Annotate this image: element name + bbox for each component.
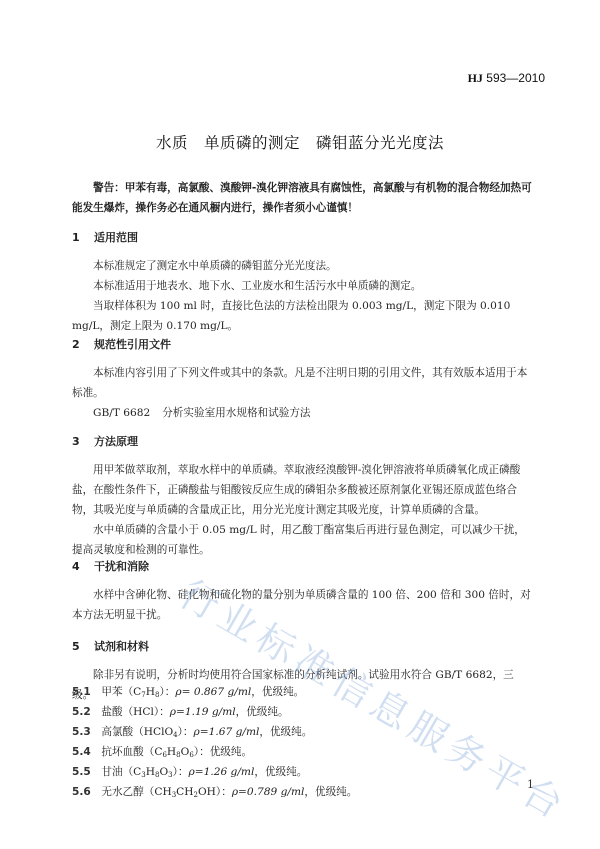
section-title: 方法原理 (94, 435, 138, 448)
reagent-grade: 优级纯。 (270, 726, 312, 738)
reference-name: 分析实验室用水规格和试验方法 (162, 407, 310, 419)
paragraph: 本标准内容引用了下列文件或其中的条款。凡是不注明日期的引用文件，其有效版本适用于… (72, 363, 532, 403)
reagent-item: 5.1 甲苯（C7H8）：ρ= 0.867 g/ml，优级纯。 (72, 682, 357, 702)
title-part-1: 水质 (156, 134, 188, 152)
section-2-heading: 2规范性引用文件 (72, 336, 171, 352)
reagent-density: ρ=1.26 g/ml (189, 766, 255, 778)
section-2-body: 本标准内容引用了下列文件或其中的条款。凡是不注明日期的引用文件，其有效版本适用于… (72, 363, 532, 423)
section-number: 4 (72, 560, 94, 573)
item-number: 5.1 (72, 682, 98, 702)
standard-prefix: HJ (468, 71, 483, 85)
paragraph: 当取样体积为 100 ml 时，直接比色法的方法检出限为 0.003 mg/L，… (72, 296, 532, 336)
section-title: 适用范围 (94, 231, 138, 244)
item-number: 5.3 (72, 722, 98, 742)
reagent-grade: 优级纯。 (315, 786, 357, 798)
reagent-grade: 优级纯。 (210, 746, 252, 758)
section-3-body: 用甲苯做萃取剂，萃取水样中的单质磷。萃取液经溴酸钾-溴化钾溶液将单质磷氧化成正磷… (72, 460, 532, 560)
reagent-grade: 优级纯。 (265, 766, 307, 778)
section-number: 5 (72, 640, 94, 653)
warning-text: 警告：甲苯有毒，高氯酸、溴酸钾-溴化钾溶液具有腐蚀性，高氯酸与有机物的混合物经加… (72, 178, 532, 218)
section-4-body: 水样中含砷化物、硅化物和硫化物的量分别为单质磷含量的 100 倍、200 倍和 … (72, 585, 532, 625)
reagent-density: ρ=0.789 g/ml (232, 786, 305, 798)
section-1-heading: 1适用范围 (72, 229, 138, 245)
item-number: 5.4 (72, 742, 98, 762)
section-5-heading: 5试剂和材料 (72, 638, 149, 654)
section-4-heading: 4干扰和消除 (72, 558, 149, 574)
reagent-item: 5.5 甘油（C3H8O3）：ρ=1.26 g/ml，优级纯。 (72, 762, 357, 782)
section-title: 试剂和材料 (94, 640, 149, 653)
title-part-2: 单质磷的测定 (204, 134, 300, 152)
paragraph: 水样中含砷化物、硅化物和硫化物的量分别为单质磷含量的 100 倍、200 倍和 … (72, 585, 532, 625)
reference-item: GB/T 6682分析实验室用水规格和试验方法 (72, 403, 532, 423)
standard-number: HJ 593—2010 (468, 71, 545, 86)
reagent-density: ρ=1.67 g/ml (194, 726, 260, 738)
section-number: 1 (72, 231, 94, 244)
document-page: HJ 593—2010 水质单质磷的测定磷钼蓝分光光度法 警告：甲苯有毒，高氯酸… (0, 0, 600, 849)
reagent-item: 5.6 无水乙醇（CH3CH2OH）：ρ=0.789 g/ml，优级纯。 (72, 782, 357, 802)
paragraph: 水中单质磷的含量小于 0.05 mg/L 时，用乙酸丁酯富集后再进行显色测定，可… (72, 520, 532, 560)
reagent-item: 5.4 抗坏血酸（C6H8O6）：优级纯。 (72, 742, 357, 762)
reference-code: GB/T 6682 (93, 407, 150, 419)
section-3-heading: 3方法原理 (72, 433, 138, 449)
reagent-name: 甲苯 (101, 686, 122, 698)
reagent-list: 5.1 甲苯（C7H8）：ρ= 0.867 g/ml，优级纯。 5.2 盐酸（H… (72, 682, 357, 802)
section-1-body: 本标准规定了测定水中单质磷的磷钼蓝分光光度法。 本标准适用于地表水、地下水、工业… (72, 256, 532, 336)
reagent-name: 甘油 (101, 766, 122, 778)
reagent-grade: 优级纯。 (246, 706, 288, 718)
section-title: 规范性引用文件 (94, 338, 171, 351)
page-number: 1 (527, 778, 534, 791)
reagent-grade: 优级纯。 (262, 686, 304, 698)
section-number: 3 (72, 435, 94, 448)
item-number: 5.5 (72, 762, 98, 782)
item-number: 5.2 (72, 702, 98, 722)
reagent-item: 5.3 高氯酸（HClO4）：ρ=1.67 g/ml，优级纯。 (72, 722, 357, 742)
reagent-name: 高氯酸 (101, 726, 133, 738)
paragraph: 用甲苯做萃取剂，萃取水样中的单质磷。萃取液经溴酸钾-溴化钾溶液将单质磷氧化成正磷… (72, 460, 532, 520)
title-part-3: 磷钼蓝分光光度法 (316, 134, 444, 152)
item-number: 5.6 (72, 782, 98, 802)
reagent-name: 盐酸 (101, 706, 122, 718)
reagent-item: 5.2 盐酸（HCl）：ρ=1.19 g/ml，优级纯。 (72, 702, 357, 722)
section-number: 2 (72, 338, 94, 351)
document-title: 水质单质磷的测定磷钼蓝分光光度法 (0, 131, 600, 153)
reagent-name: 无水乙醇 (101, 786, 143, 798)
reagent-density: ρ= 0.867 g/ml (175, 686, 251, 698)
paragraph: 本标准适用于地表水、地下水、工业废水和生活污水中单质磷的测定。 (72, 276, 532, 296)
standard-code: 593—2010 (486, 71, 545, 85)
section-title: 干扰和消除 (94, 560, 149, 573)
paragraph: 本标准规定了测定水中单质磷的磷钼蓝分光光度法。 (72, 256, 532, 276)
reagent-density: ρ=1.19 g/ml (170, 706, 236, 718)
reagent-name: 抗坏血酸 (101, 746, 143, 758)
